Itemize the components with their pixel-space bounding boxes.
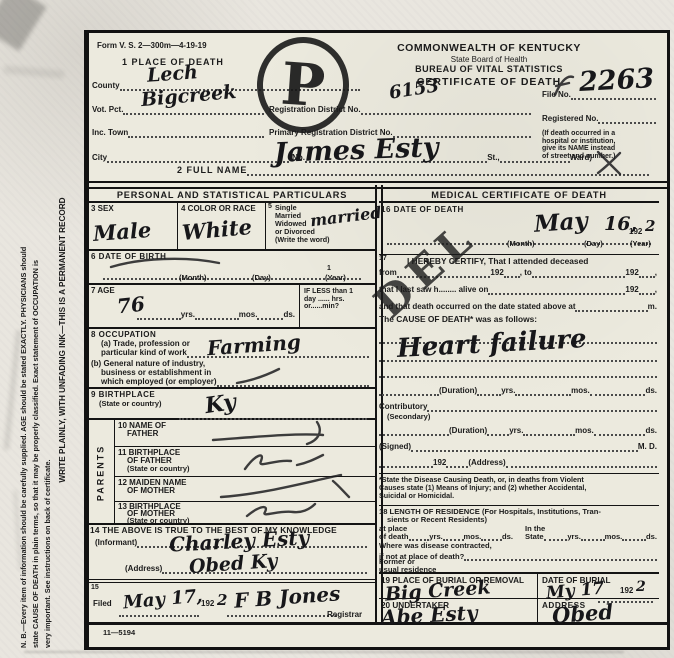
city-st-label: St., [487, 154, 499, 163]
undertaker-address-value: Obed [551, 601, 613, 626]
certify-192a: 192 [490, 269, 503, 278]
occupation-a-l2: particular kind of work [101, 349, 187, 358]
decorative-mark [247, 504, 315, 516]
res-yrs-2: yrs. [567, 533, 581, 541]
pen-scribble-mother-bp [235, 500, 345, 524]
decorative-mark [237, 369, 279, 383]
duration-label-1: (Duration) [439, 387, 477, 396]
filed-label: Filed [93, 600, 112, 609]
certificate-frame: Form V. S. 2—300m—4-19-19 1 PLACE OF DEA… [84, 30, 670, 650]
occupation-a-value: Farming [206, 332, 301, 359]
signed-md: M. D. [638, 443, 657, 452]
informant-label: (Informant) [95, 539, 137, 548]
dotted-leader [427, 403, 657, 412]
medical-column: MEDICAL CERTIFICATE OF DEATH 16 DATE OF … [379, 185, 659, 622]
res-ds-2: ds. [646, 533, 657, 541]
marital-write-note: (Write the word) [275, 236, 330, 244]
age-less-l2: day ...... hrs. [304, 296, 375, 304]
decorative-mark [221, 475, 349, 497]
burial-date-year: 2 [636, 580, 646, 594]
scan-artifact-bottom [24, 651, 624, 653]
decorative-mark [598, 152, 620, 174]
dotted-leader [506, 459, 657, 468]
informant-address-label: (Address) [125, 565, 162, 574]
file-no-value: 2263 [578, 65, 654, 96]
residence-state-label: State [525, 533, 544, 541]
dob-day-caption: (Day) [252, 274, 271, 282]
dotted-leader [195, 311, 239, 320]
duration-ds-2: ds. [645, 427, 657, 436]
duration-mos-1: mos. [571, 387, 590, 396]
county-value: Lech [146, 63, 198, 86]
registered-no-label: Registered No. [542, 115, 598, 124]
parents-block: PARENTS 10 NAME OF FATHER 11 BIRTHPLACE … [89, 420, 375, 525]
decorative-mark [213, 422, 323, 444]
undertaker-value: Abe Esty [381, 602, 478, 627]
age-ds-label: ds. [283, 311, 295, 320]
hospital-note-l1: (If death occurred in a [542, 130, 658, 138]
dotted-leader [446, 459, 468, 468]
age-mos-label: mos. [239, 311, 258, 320]
filed-192: 192 [201, 600, 214, 609]
dotted-leader [575, 303, 647, 312]
mother-birthplace-row: 13 BIRTHPLACE OF MOTHER (State or countr… [115, 502, 375, 525]
dotted-leader [379, 427, 449, 436]
dod-day-value: 16, [604, 215, 637, 234]
dotted-leader [379, 387, 439, 396]
dotted-leader [594, 427, 646, 436]
voting-precinct-label: Vot. Pct. [92, 106, 123, 115]
age-row: 7 AGE 76 yrs. mos. ds. IF LESS than 1 da… [89, 285, 375, 329]
age-less-l3: or......min? [304, 303, 375, 311]
race-value: White [181, 216, 252, 243]
city-label: City [92, 154, 107, 163]
pen-scribble-dob [107, 255, 227, 271]
race-cell: 4 COLOR OR RACE White [177, 203, 265, 249]
age-if-less-cell: IF LESS than 1 day ...... hrs. or......m… [299, 285, 375, 327]
dob-year-caption: (Year) [325, 274, 346, 282]
mother-bp-l3: (State or country) [127, 517, 190, 525]
duration-yrs-2: yrs. [509, 427, 523, 436]
cause-block: The CAUSE OF DEATH* was as follows: Hear… [379, 315, 659, 385]
signed-address-label: (Address) [468, 459, 505, 468]
hospital-note-l2: hospital or institution, [542, 138, 658, 146]
sex-value: Male [92, 219, 152, 244]
cause-footnote: *State the Disease Causing Death, or, in… [379, 473, 659, 505]
res-mos-2: mos. [605, 533, 623, 541]
dotted-leader [544, 532, 568, 541]
signed-line: (Signed) M. D. [379, 443, 657, 452]
pen-scribble-father-bp [235, 449, 345, 475]
father-name-l2: FATHER [127, 430, 158, 439]
certify-comma: , [655, 269, 657, 278]
res-ds-1: ds. [502, 533, 513, 541]
signed-label: (Signed) [379, 443, 411, 452]
registered-no-row: Registered No. [542, 115, 656, 124]
dotted-leader [481, 532, 502, 541]
sex-race-marital-row: 3 SEX Male 4 COLOR OR RACE White 5 Singl… [89, 203, 375, 251]
residence-block: 18 LENGTH OF RESIDENCE (For Hospitals, I… [379, 505, 659, 565]
dotted-leader [622, 532, 646, 541]
dotted-leader [639, 269, 655, 278]
margin-note-line3: very important. See instructions on back… [44, 58, 52, 648]
duration-label-2: (Duration) [449, 427, 487, 436]
residence-ifnot-line: if not at place of death? [379, 552, 657, 561]
pen-scribble-father-name [205, 420, 355, 446]
occupation-row: 8 OCCUPATION (a) Trade, profession or pa… [89, 329, 375, 389]
certify-number: 17 [379, 255, 387, 263]
contributory-line: Contributory [379, 403, 657, 412]
personal-title: PERSONAL AND STATISTICAL PARTICULARS [117, 190, 347, 200]
race-label: 4 COLOR OR RACE [181, 205, 256, 214]
filed-year-value: 2 [217, 593, 227, 608]
medical-title: MEDICAL CERTIFICATE OF DEATH [431, 190, 607, 200]
dotted-leader [361, 106, 531, 115]
p-stamp-icon: P [254, 34, 352, 136]
registrar-label: Registrar [327, 611, 362, 620]
age-yrs-label: yrs. [181, 311, 195, 320]
signed-192: 192 [433, 459, 446, 468]
burial-place-cell: 19 PLACE OF BURIAL OR REMOVAL Big Creek [379, 574, 537, 598]
dotted-leader [488, 286, 625, 295]
certify-192c: 192 [625, 286, 638, 295]
dotted-leader [477, 387, 501, 396]
dod-month-caption: (Month) [507, 240, 534, 248]
commonwealth-title: COMMONWEALTH OF KENTUCKY [389, 43, 589, 55]
certify-192b: 192 [625, 269, 638, 278]
burial-date-cell: DATE OF BURIAL My 17 192 2 [537, 574, 659, 598]
dotted-leader [590, 387, 646, 396]
dotted-leader [581, 532, 605, 541]
sex-cell: 3 SEX Male [89, 203, 177, 249]
pen-scribble-occ [229, 365, 289, 387]
decorative-mark [245, 455, 323, 469]
certify-m: m. [648, 303, 657, 312]
parents-label-cell: PARENTS [89, 420, 115, 525]
undertaker-address-cell: ADDRESS Obed [537, 599, 659, 622]
inc-town-row: Inc. Town [92, 129, 264, 138]
mother-name-l2: OF MOTHER [127, 487, 175, 496]
signed-block: (Signed) M. D. 192 (Address) [379, 439, 659, 473]
occupation-b-l3: which employed (or employer) [101, 378, 217, 387]
attestation-row: 14 THE ABOVE IS TRUE TO THE BEST OF MY K… [89, 525, 375, 583]
medical-title-bar: MEDICAL CERTIFICATE OF DEATH [379, 185, 659, 203]
filed-row: 15 Filed May 17, 192 2 F B Jones Registr… [89, 583, 375, 622]
full-name-value: James Esty [274, 134, 439, 167]
duration-ds-1: ds. [645, 387, 657, 396]
dotted-leader [247, 167, 649, 176]
dotted-leader [504, 269, 520, 278]
p-stamp-letter: P [279, 50, 327, 121]
personal-title-bar: PERSONAL AND STATISTICAL PARTICULARS [89, 185, 375, 203]
residence-atplace-line: of death yrs. mos. ds. [379, 532, 513, 541]
dod-day-caption: (Day) [584, 240, 603, 248]
contributory-block: Contributory (Secondary) (Duration) yrs.… [379, 399, 659, 439]
dotted-leader [107, 154, 289, 163]
dotted-leader [487, 427, 509, 436]
contributory-label: Contributory [379, 403, 427, 412]
full-name-row: 2 FULL NAME [177, 166, 649, 176]
footnote-l3: Suicidal or Homicidal. [379, 492, 659, 500]
birthplace-row: 9 BIRTHPLACE (State or country) Ky [89, 389, 375, 420]
dotted-leader [598, 115, 656, 124]
dod-year-value: 2 [645, 219, 655, 234]
duration-yrs-1: yrs. [501, 387, 515, 396]
marital-cell: 5 Single Married Widowed or Divorced (Wr… [265, 203, 375, 249]
pen-scribble-mother-name [215, 473, 365, 501]
certify-comma2: , [655, 286, 657, 295]
dod-month-value: May [533, 209, 588, 236]
birthplace-sub: (State or country) [99, 400, 162, 408]
dotted-leader [532, 269, 626, 278]
filed-number: 15 [91, 584, 99, 592]
registrar-value: F B Jones [233, 583, 340, 610]
father-bp-l3: (State or country) [127, 465, 190, 473]
residence-state-line: State yrs. mos. ds. [525, 532, 657, 541]
margin-note-line1: N. B.—Every item of information should b… [20, 58, 28, 648]
pen-scribble-file [551, 71, 577, 99]
dotted-leader [257, 311, 283, 320]
dotted-leader [515, 387, 571, 396]
age-label: 7 AGE [91, 287, 115, 296]
dotted-leader [409, 532, 430, 541]
father-name-row: 10 NAME OF FATHER [115, 420, 375, 447]
dob-month-caption: (Month) [179, 274, 206, 282]
marital-number: 5 [268, 203, 272, 211]
death-certificate-scan: N. B.—Every item of information should b… [0, 0, 674, 658]
mother-name-row: 12 MAIDEN NAME OF MOTHER [115, 477, 375, 502]
dod-year-caption: (Year) [630, 240, 651, 248]
county-label: County [92, 82, 120, 91]
dotted-leader [137, 311, 181, 320]
pen-scribble-x-mark [593, 147, 625, 179]
decorative-mark [111, 259, 219, 267]
dotted-leader [411, 443, 638, 452]
margin-write-plainly: WRITE PLAINLY, WITH UNFADING INK—THIS IS… [58, 70, 67, 610]
dotted-leader [379, 369, 657, 378]
certify-to: , to [520, 269, 532, 278]
dotted-leader [103, 271, 361, 280]
dotted-leader [523, 427, 575, 436]
res-yrs-1: yrs. [429, 533, 443, 541]
full-name-label: 2 FULL NAME [177, 166, 247, 176]
informant-value: Charley Esty [169, 527, 310, 554]
cause-duration-line: (Duration) yrs. mos. ds. [379, 387, 657, 396]
residence-where: Where was disease contracted, [379, 542, 492, 550]
date-of-birth-row: 6 DATE OF BIRTH (Month) (Day) 1 (Year) [89, 251, 375, 285]
inc-town-label: Inc. Town [92, 129, 128, 138]
margin-note-line2: state CAUSE OF DEATH in plain terms, so … [32, 58, 40, 648]
dotted-leader [379, 459, 433, 468]
dotted-leader [639, 286, 655, 295]
personal-column: PERSONAL AND STATISTICAL PARTICULARS 3 S… [89, 185, 375, 622]
footer-code: 11—5194 [103, 629, 135, 637]
duration-mos-2: mos. [575, 427, 594, 436]
burial-row: 19 PLACE OF BURIAL OR REMOVAL Big Creek … [379, 572, 659, 598]
dotted-leader [128, 129, 264, 138]
sex-label: 3 SEX [91, 205, 114, 214]
contributory-duration-line: (Duration) yrs. mos. ds. [379, 427, 657, 436]
form-number: Form V. S. 2—300m—4-19-19 [97, 42, 207, 51]
parents-label: PARENTS [97, 420, 107, 525]
age-units-line: yrs. mos. ds. [137, 311, 295, 320]
board-title: State Board of Health [389, 56, 589, 65]
signed-date-line: 192 (Address) [379, 459, 657, 468]
decorative-mark [555, 77, 573, 95]
dob-year-pre: 1 [327, 265, 331, 273]
dotted-leader [464, 552, 657, 561]
residence-atplace-l2: of death [379, 533, 409, 541]
dotted-leader [443, 532, 464, 541]
res-mos-1: mos. [464, 533, 482, 541]
dotted-leader [179, 411, 367, 420]
contributory-sub: (Secondary) [387, 413, 430, 421]
